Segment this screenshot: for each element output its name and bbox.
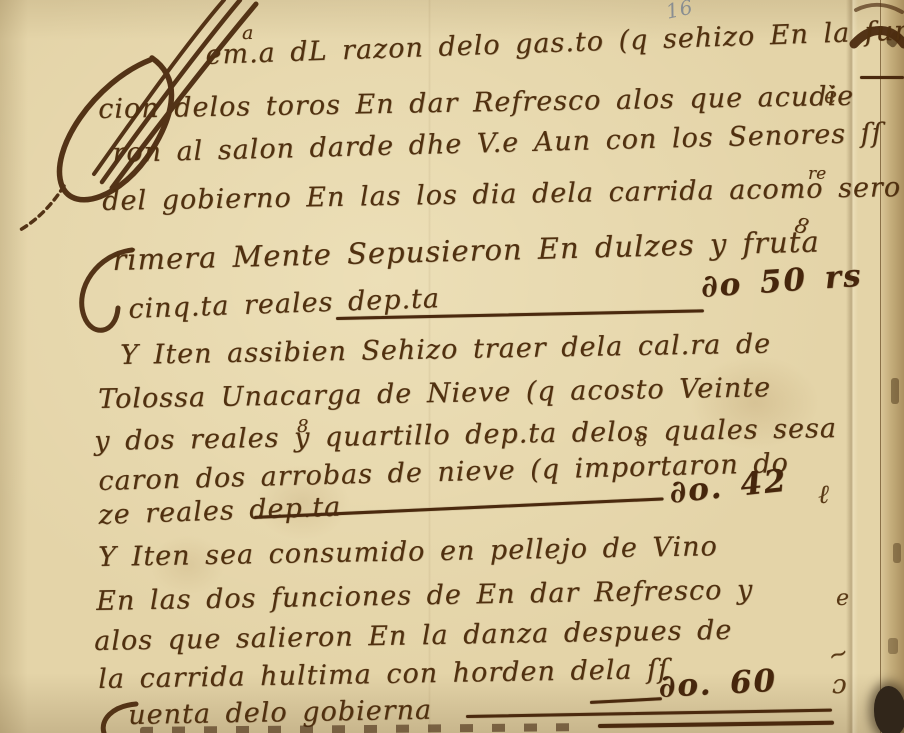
text-line: alos que salieron En la danza despues de [94,617,733,655]
ledger-rule [590,697,662,704]
text-line: En las dos funciones de En dar Refresco … [96,577,753,615]
abbreviation-mark: 8 [297,418,308,436]
adjacent-page-edge [880,0,904,733]
margin-ink-mark: ℓ [818,482,829,508]
text-line: cion delos toros En dar Refresco alos qu… [98,83,854,123]
text-line: Y Iten assibien Sehizo traer dela cal.ra… [120,331,771,369]
margin-ink-mark: ɔ [832,672,847,698]
text-line: ze reales dep.ta [98,494,342,529]
ledger-rule [466,709,832,718]
edge-ink-mark [891,378,899,404]
ledger-rule-bottom [598,721,834,728]
abbreviation-mark: 8 [636,432,647,450]
text-line: ron al salon darde dhe V.e Aun con los S… [112,120,883,167]
amount-value: ∂o 50 rs [700,261,864,303]
dark-corner-blob [874,686,904,733]
initial-flourish-loop [60,58,172,200]
superscript-mark: re [808,166,826,183]
initial-flourish-tail [20,186,64,230]
amount-value: ∂o. 60 [658,666,778,703]
margin-ink-mark: è [824,86,837,108]
margin-dash [860,76,904,79]
text-line: em.a dL razon delo gas.to (q sehizo En l… [205,17,904,69]
amount-value: ∂o. 42 [668,466,789,509]
pencil-annotation: 16 [664,0,696,24]
edge-ink-mark [888,638,898,654]
margin-ink-mark: e [836,588,849,610]
manuscript-page: 16 em.a dL razon delo gas.to (q sehizo E… [0,0,904,733]
edge-ink-mark [893,543,901,563]
text-line: Tolossa Unacarga de Nieve (q acosto Vein… [98,374,771,413]
text-line: la carrida hultima con horden dela ſſ [98,656,669,693]
text-line: Y Iten sea consumido en pellejo de Vino [98,533,718,571]
text-line: del gobierno En las los dia dela carrida… [102,174,901,215]
superscript-mark: a [242,24,253,43]
